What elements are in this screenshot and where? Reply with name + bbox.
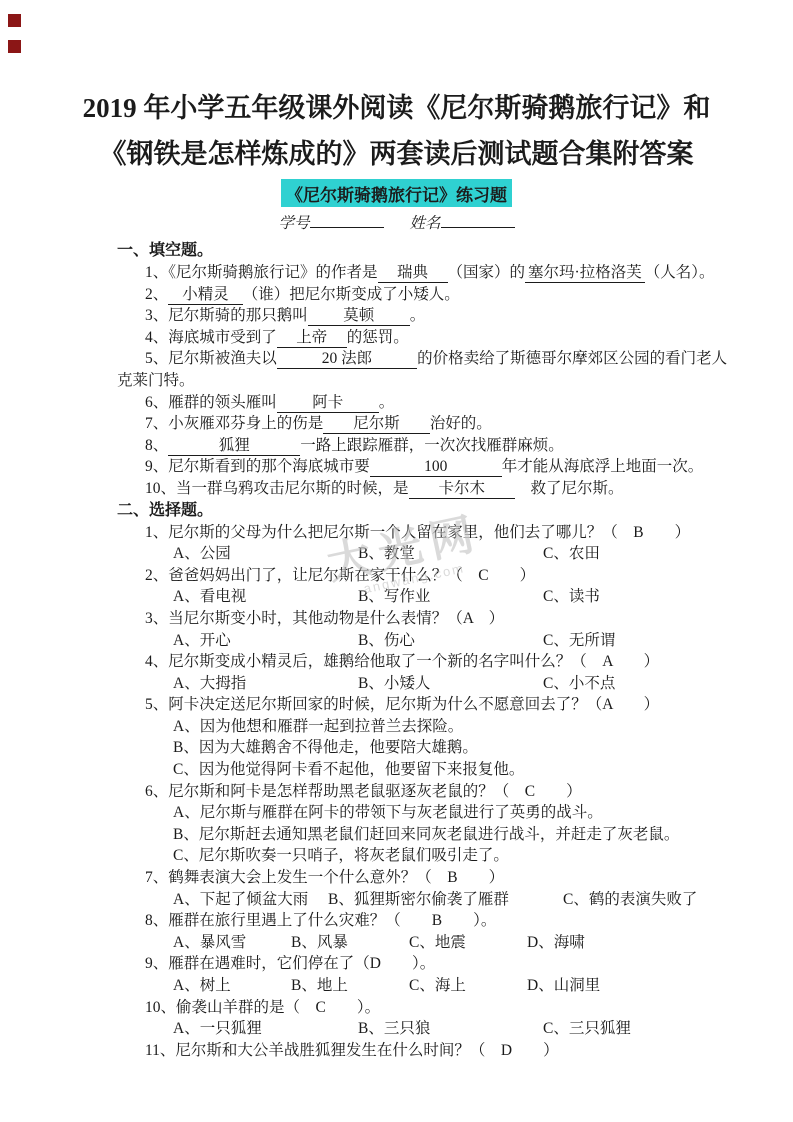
fill-in-question: 10、当一群乌鸦攻击尼尔斯的时候，是卡尔木 救了尼尔斯。 xyxy=(117,478,741,500)
answer-blank: 20 法郎 xyxy=(277,350,417,369)
question-text: 2、 xyxy=(145,286,168,303)
fill-in-question: 6、雁群的领头雁叫阿卡。 xyxy=(117,392,741,414)
choice-option: B、地上 xyxy=(291,975,409,997)
student-no-label: 学号 xyxy=(278,215,309,232)
answer-blank: 莫顿 xyxy=(308,307,410,326)
choice-option: B、因为大雄鹅舍不得他走，他要陪大雄鹅。 xyxy=(173,737,741,759)
choice-option: A、树上 xyxy=(173,975,291,997)
fill-in-question: 2、小精灵（谁）把尼尔斯变成了小矮人。 xyxy=(117,284,741,306)
choice-question: 1、尼尔斯的父母为什么把尼尔斯一个人留在家里，他们去了哪儿？（ B ） xyxy=(117,522,741,544)
fill-in-question: 1、《尼尔斯骑鹅旅行记》的作者是瑞典（国家）的塞尔玛·拉格洛芙（人名）。 xyxy=(117,262,741,284)
choice-option-row: A、树上B、地上C、海上D、山洞里 xyxy=(173,975,741,997)
choice-question: 7、鹤舞表演大会上发生一个什么意外？（ B ） xyxy=(117,867,741,889)
choice-option-row: A、暴风雪B、风暴C、地震D、海啸 xyxy=(173,932,741,954)
answer-blank: 小精灵 xyxy=(168,286,243,305)
choice-question: 5、阿卡决定送尼尔斯回家的时候，尼尔斯为什么不愿意回去了？（A ） xyxy=(117,694,741,716)
choice-option: B、伤心 xyxy=(358,630,543,652)
fill-in-question: 8、狐狸一路上跟踪雁群，一次次找雁群麻烦。 xyxy=(117,435,741,457)
choice-question: 9、雁群在遇难时，它们停在了（D ）。 xyxy=(117,953,741,975)
choice-option: A、尼尔斯与雁群在阿卡的带领下与灰老鼠进行了英勇的战斗。 xyxy=(173,802,741,824)
fill-in-question: 5、尼尔斯被渔夫以20 法郎的价格卖给了斯德哥尔摩郊区公园的看门老人克莱门特。 xyxy=(117,348,741,391)
question-text: 7、小灰雁邓芬身上的伤是 xyxy=(145,415,323,432)
choice-option: A、下起了倾盆大雨 xyxy=(173,889,328,911)
choice-option: A、大拇指 xyxy=(173,673,358,695)
corner-mark-top-icon xyxy=(8,14,21,27)
question-text: （人名）。 xyxy=(645,264,715,281)
choice-option: B、教堂 xyxy=(358,543,543,565)
paper-body: 一、填空题。 1、《尼尔斯骑鹅旅行记》的作者是瑞典（国家）的塞尔玛·拉格洛芙（人… xyxy=(0,233,793,1061)
question-text: 4、海底城市受到了 xyxy=(145,329,277,346)
question-text: 10、当一群乌鸦攻击尼尔斯的时候，是 xyxy=(145,480,409,497)
question-text: 。 xyxy=(410,307,426,324)
choice-option: B、三只狼 xyxy=(358,1018,543,1040)
question-text: 8、 xyxy=(145,437,168,454)
choice-option-row: A、一只狐狸B、三只狼C、三只狐狸 xyxy=(173,1018,741,1040)
question-text: 9、尼尔斯看到的那个海底城市要 xyxy=(145,458,370,475)
question-text: （国家）的 xyxy=(448,264,526,281)
name-label: 姓名 xyxy=(410,215,441,232)
question-text: 3、尼尔斯骑的那只鹅叫 xyxy=(145,307,308,324)
choice-option: A、一只狐狸 xyxy=(173,1018,358,1040)
question-text: 6、雁群的领头雁叫 xyxy=(145,394,277,411)
choice-option: B、小矮人 xyxy=(358,673,543,695)
answer-blank: 狐狸 xyxy=(168,437,300,456)
student-info-row: 学号姓名 xyxy=(0,211,793,233)
answer-blank: 100 xyxy=(370,458,502,477)
answer-blank: 塞尔玛·拉格洛芙 xyxy=(525,264,645,283)
answer-blank: 瑞典 xyxy=(378,264,448,283)
question-text: 治好的。 xyxy=(430,415,492,432)
test-paper-page: 大光网 angwang.com 2019 年小学五年级课外阅读《尼尔斯骑鹅旅行记… xyxy=(0,0,793,1122)
choice-question: 2、爸爸妈妈出门了，让尼尔斯在家干什么？（ C ） xyxy=(117,565,741,587)
choice-option: B、写作业 xyxy=(358,586,543,608)
choice-option-row: A、开心B、伤心C、无所谓 xyxy=(173,630,741,652)
choice-question: 10、偷袭山羊群的是（ C ）。 xyxy=(117,997,741,1019)
section-fill-in-header: 一、填空题。 xyxy=(117,240,741,262)
subtitle-row: 《尼尔斯骑鹅旅行记》练习题 xyxy=(0,179,793,207)
section-choice-header: 二、选择题。 xyxy=(117,500,741,522)
choice-option: D、山洞里 xyxy=(527,975,600,997)
question-text: 一路上跟踪雁群，一次次找雁群麻烦。 xyxy=(300,437,564,454)
name-blank xyxy=(441,212,515,228)
question-text: 1、《尼尔斯骑鹅旅行记》的作者是 xyxy=(145,264,378,281)
doc-title: 2019 年小学五年级课外阅读《尼尔斯骑鹅旅行记》和 《钢铁是怎样炼成的》两套读… xyxy=(55,0,738,168)
choice-option: C、小不点 xyxy=(543,673,615,695)
choice-option: A、因为他想和雁群一起到拉普兰去探险。 xyxy=(173,716,741,738)
choice-option: D、海啸 xyxy=(527,932,585,954)
choice-question-list: 1、尼尔斯的父母为什么把尼尔斯一个人留在家里，他们去了哪儿？（ B ）A、公园B… xyxy=(117,522,741,1062)
choice-option: A、看电视 xyxy=(173,586,358,608)
answer-blank: 尼尔斯 xyxy=(323,415,430,434)
choice-option: C、海上 xyxy=(409,975,527,997)
choice-option-row: A、看电视B、写作业C、读书 xyxy=(173,586,741,608)
answer-blank: 阿卡 xyxy=(277,394,379,413)
choice-option: A、暴风雪 xyxy=(173,932,291,954)
choice-option: C、读书 xyxy=(543,586,600,608)
fill-in-question: 9、尼尔斯看到的那个海底城市要100年才能从海底浮上地面一次。 xyxy=(117,456,741,478)
choice-option: C、无所谓 xyxy=(543,630,615,652)
doc-title-line2: 《钢铁是怎样炼成的》两套读后测试题合集附答案 xyxy=(55,141,738,168)
choice-option: A、公园 xyxy=(173,543,358,565)
fill-in-question: 7、小灰雁邓芬身上的伤是尼尔斯治好的。 xyxy=(117,413,741,435)
choice-option: A、开心 xyxy=(173,630,358,652)
question-text: 年才能从海底浮上地面一次。 xyxy=(502,458,704,475)
choice-option: C、农田 xyxy=(543,543,600,565)
doc-title-line1: 2019 年小学五年级课外阅读《尼尔斯骑鹅旅行记》和 xyxy=(55,95,738,122)
choice-question: 4、尼尔斯变成小精灵后，雄鹅给他取了一个新的名字叫什么？（ A ） xyxy=(117,651,741,673)
question-text: 5、尼尔斯被渔夫以 xyxy=(145,350,277,367)
choice-option: C、尼尔斯吹奏一只哨子，将灰老鼠们吸引走了。 xyxy=(173,845,741,867)
choice-option: B、狐狸斯密尔偷袭了雁群 xyxy=(328,889,563,911)
choice-option-row: A、公园B、教堂C、农田 xyxy=(173,543,741,565)
fill-in-question: 3、尼尔斯骑的那只鹅叫莫顿。 xyxy=(117,305,741,327)
subtitle-highlight: 《尼尔斯骑鹅旅行记》练习题 xyxy=(281,179,512,207)
choice-question: 6、尼尔斯和阿卡是怎样帮助黑老鼠驱逐灰老鼠的？（ C ） xyxy=(117,781,741,803)
corner-mark-bottom-icon xyxy=(8,40,21,53)
fill-in-question: 4、海底城市受到了上帝的惩罚。 xyxy=(117,327,741,349)
choice-option: C、鹤的表演失败了 xyxy=(563,889,697,911)
choice-option: B、尼尔斯赶去通知黑老鼠们赶回来同灰老鼠进行战斗，并赶走了灰老鼠。 xyxy=(173,824,741,846)
student-no-blank xyxy=(310,212,384,228)
choice-question: 3、当尼尔斯变小时，其他动物是什么表情？（A ） xyxy=(117,608,741,630)
choice-option-row: A、下起了倾盆大雨B、狐狸斯密尔偷袭了雁群C、鹤的表演失败了 xyxy=(173,889,741,911)
choice-option: C、因为他觉得阿卡看不起他，他要留下来报复他。 xyxy=(173,759,741,781)
question-text: 救了尼尔斯。 xyxy=(515,480,624,497)
choice-question: 8、雁群在旅行里遇上了什么灾难？（ B ）。 xyxy=(117,910,741,932)
choice-option-row: A、大拇指B、小矮人C、小不点 xyxy=(173,673,741,695)
fill-in-question-list: 1、《尼尔斯骑鹅旅行记》的作者是瑞典（国家）的塞尔玛·拉格洛芙（人名）。2、小精… xyxy=(117,262,741,500)
question-text: （谁）把尼尔斯变成了小矮人。 xyxy=(243,286,460,303)
answer-blank: 卡尔木 xyxy=(409,480,516,499)
answer-blank: 上帝 xyxy=(277,329,347,348)
question-text: 。 xyxy=(379,394,395,411)
choice-question: 11、尼尔斯和大公羊战胜狐狸发生在什么时间？（ D ） xyxy=(117,1040,741,1062)
choice-option: B、风暴 xyxy=(291,932,409,954)
question-text: 的惩罚。 xyxy=(347,329,409,346)
choice-option: C、地震 xyxy=(409,932,527,954)
choice-option: C、三只狐狸 xyxy=(543,1018,631,1040)
